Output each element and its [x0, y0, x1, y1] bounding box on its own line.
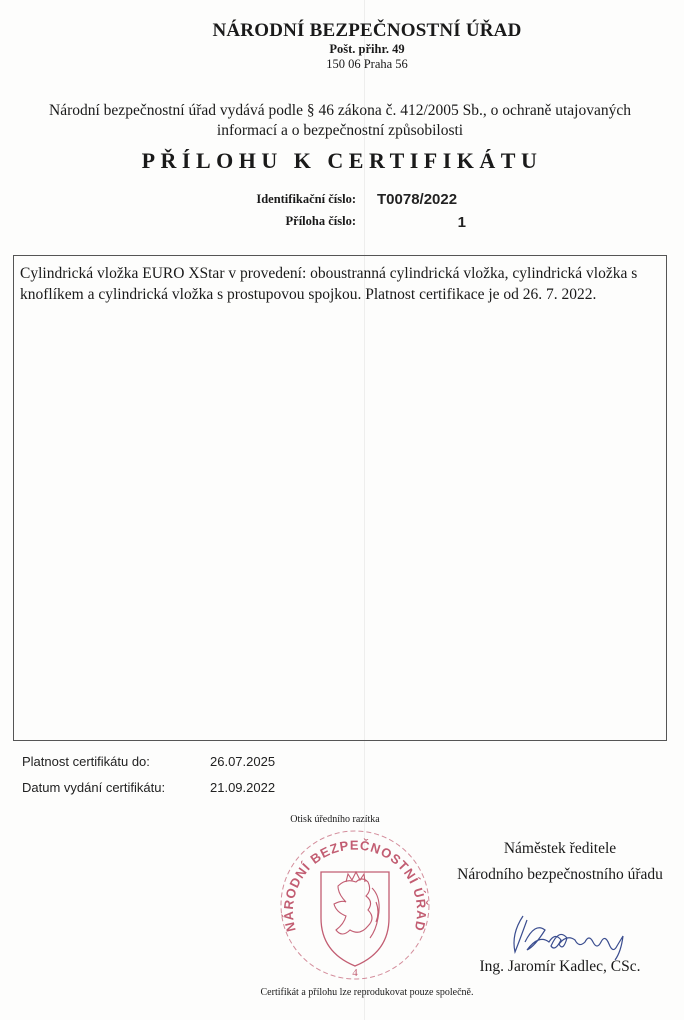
identification-number-value: T0078/2022 — [377, 191, 457, 208]
official-stamp: NÁRODNÍ BEZPEČNOSTNÍ ÚŘAD 4 — [276, 826, 434, 984]
organization-city: 150 06 Praha 56 — [0, 57, 684, 72]
svg-text:4: 4 — [352, 967, 358, 979]
organization-title: NÁRODNÍ BEZPEČNOSTNÍ ÚŘAD — [0, 20, 684, 42]
signatory-name: Ing. Jaromír Kadlec, CSc. — [440, 958, 680, 976]
organization-po-box: Pošt. přihr. 49 — [0, 42, 684, 57]
issue-date-value: 21.09.2022 — [210, 780, 275, 795]
stamp-caption: Otisk úředního razítka — [275, 814, 395, 825]
intro-text: Národní bezpečnostní úřad vydává podle §… — [40, 101, 640, 141]
coat-of-arms-icon — [321, 872, 389, 966]
signatory-title-line1: Náměstek ředitele — [440, 840, 680, 858]
identification-number-label: Identifikační číslo: — [256, 192, 356, 207]
document-heading: PŘÍLOHU K CERTIFIKÁTU — [0, 148, 684, 174]
footer-note: Certifikát a přílohu lze reprodukovat po… — [200, 987, 534, 998]
handwritten-signature — [505, 912, 635, 962]
lion-icon — [334, 872, 379, 938]
attachment-number-label: Příloha číslo: — [286, 214, 356, 229]
description-box: Cylindrická vložka EURO XStar v proveden… — [13, 255, 667, 741]
signatory-title-line2: Národního bezpečnostního úřadu — [440, 866, 680, 884]
validity-value: 26.07.2025 — [210, 754, 275, 769]
attachment-number-value: 1 — [430, 214, 466, 231]
issue-date-label: Datum vydání certifikátu: — [22, 780, 165, 795]
description-text: Cylindrická vložka EURO XStar v proveden… — [20, 265, 637, 303]
validity-label: Platnost certifikátu do: — [22, 754, 150, 769]
